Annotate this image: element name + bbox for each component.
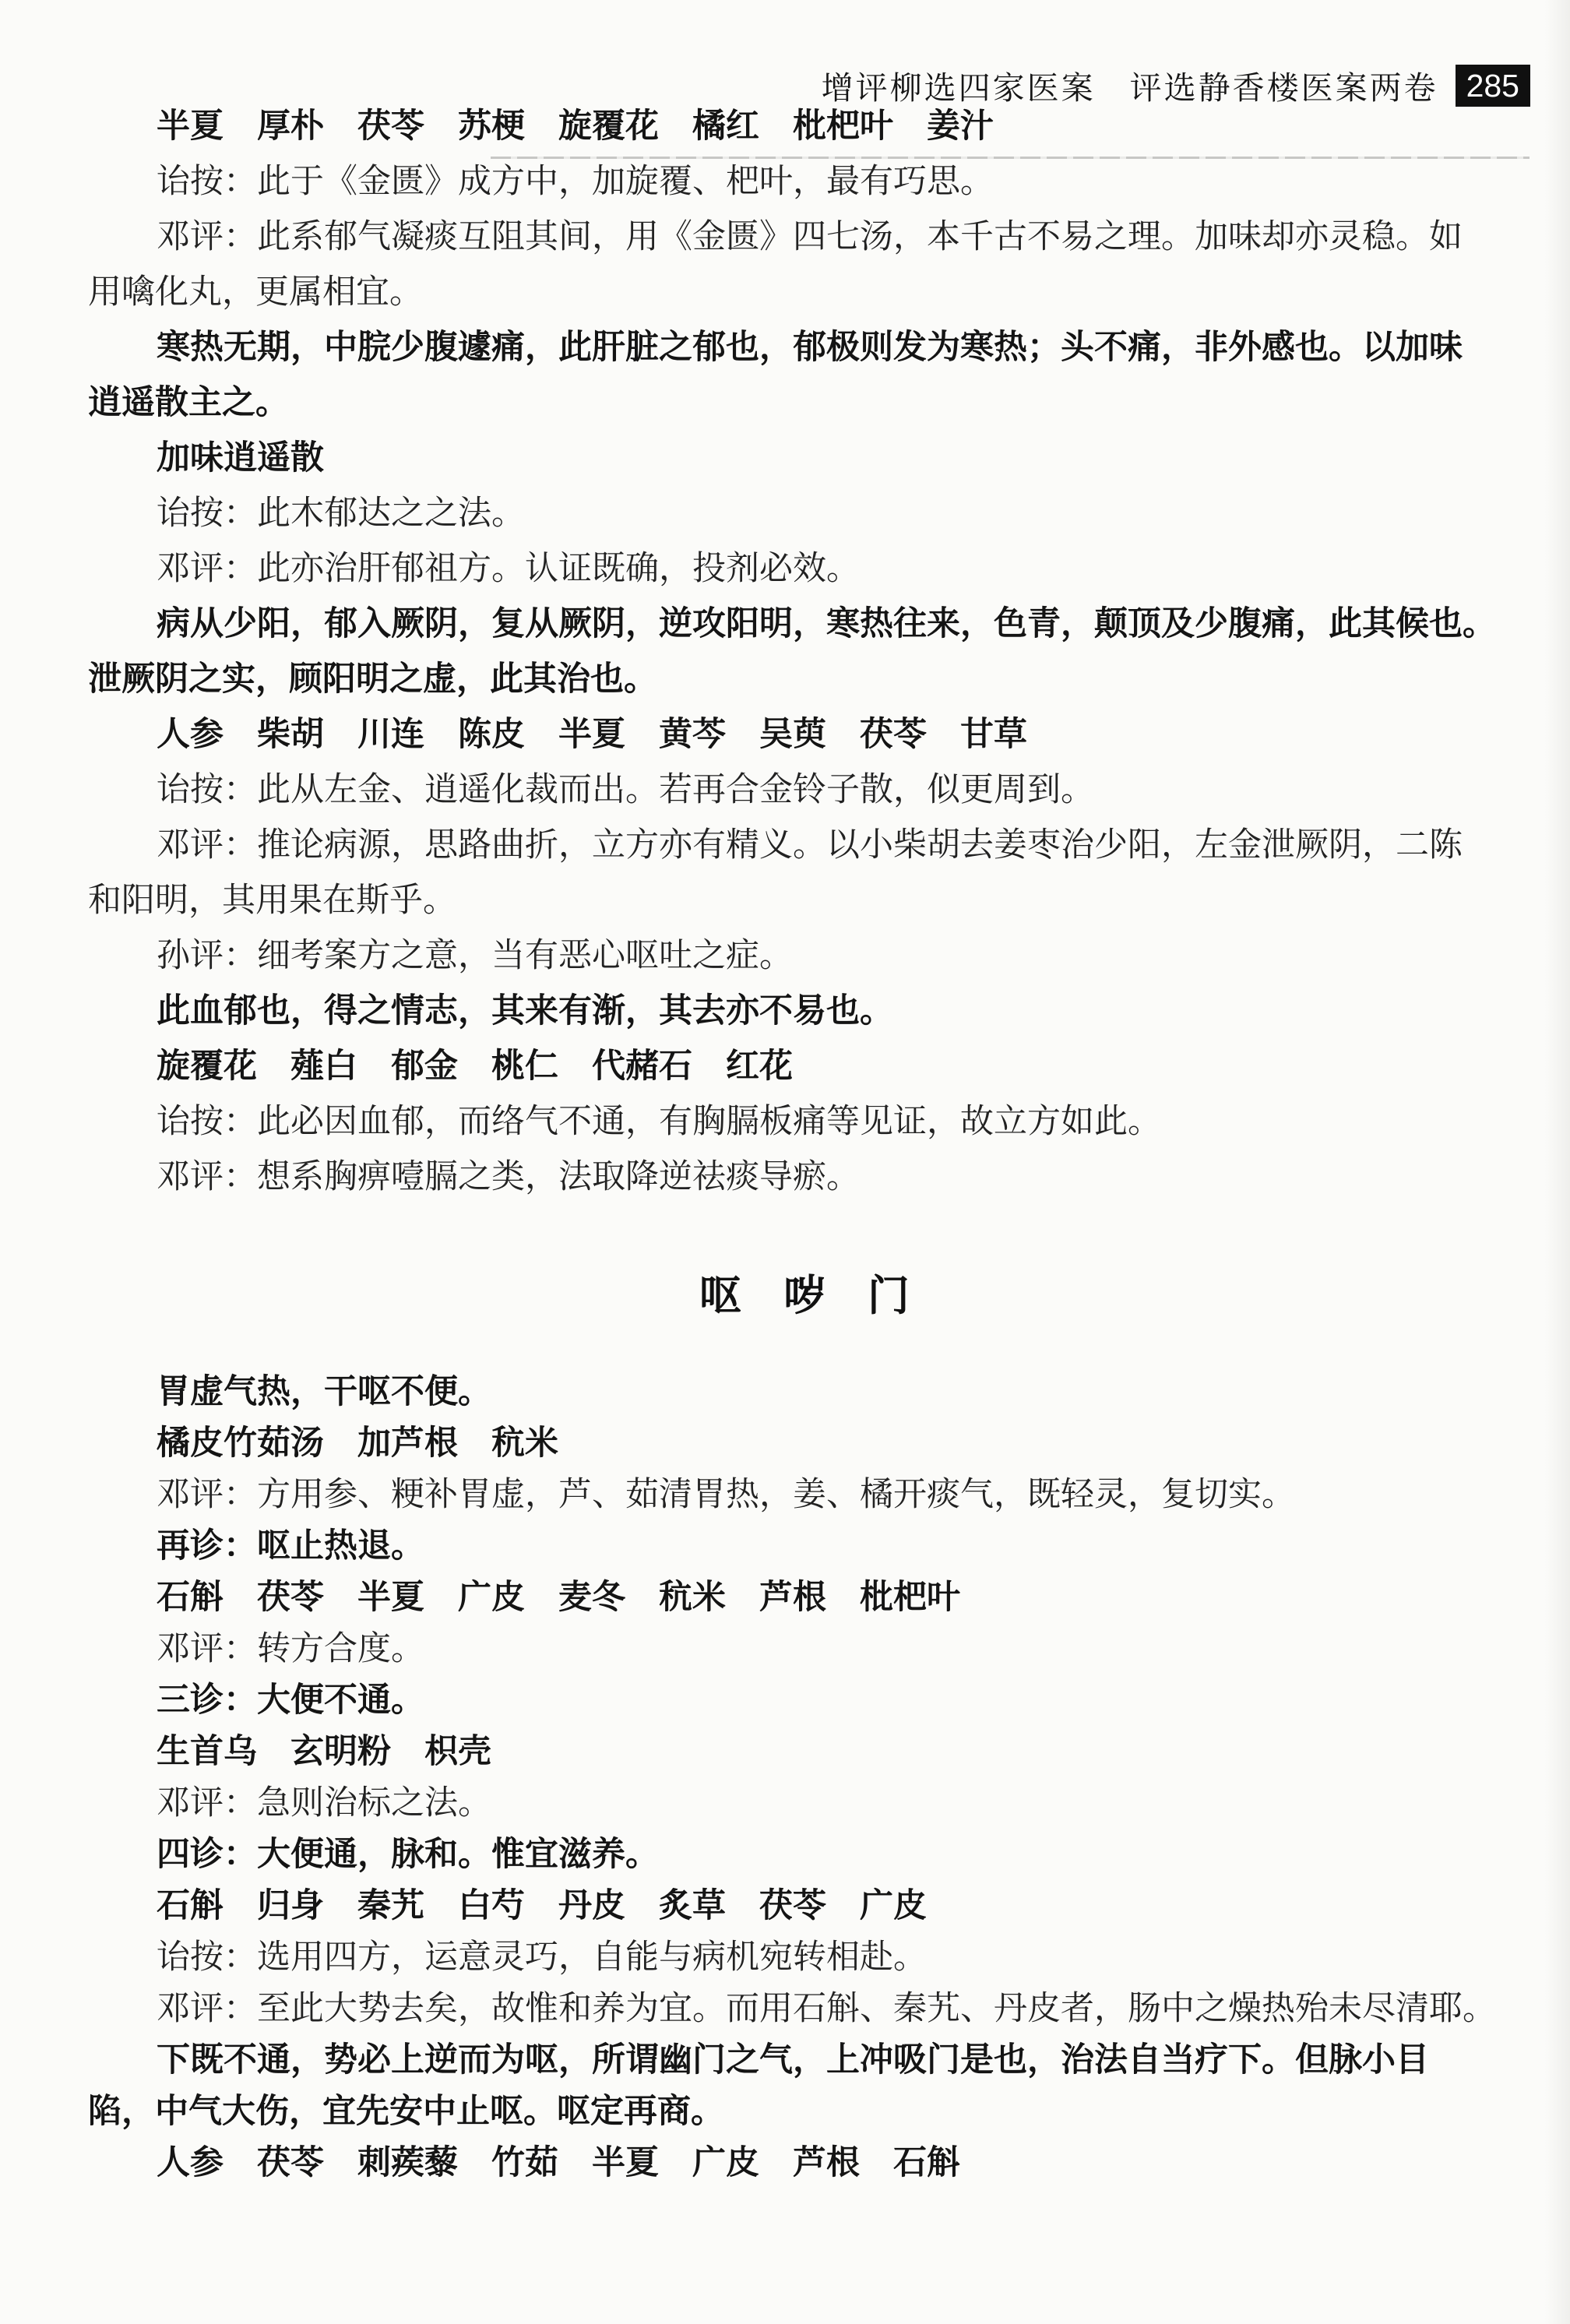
commentary-line: 邓评：转方合度。 <box>88 1624 1521 1675</box>
prescription-line: 人参 柴胡 川连 陈皮 半夏 黄芩 吴萸 茯苓 甘草 <box>88 707 1521 762</box>
case-line: 胃虚气热，干呕不便。 <box>88 1367 1521 1418</box>
case-line: 下既不通，势必上逆而为呕，所谓幽门之气，上冲吸门是也，治法自当疗下。但脉小目 <box>88 2035 1521 2086</box>
commentary-line: 邓评：急则治标之法。 <box>88 1778 1521 1829</box>
case-line: 逍遥散主之。 <box>88 375 1521 431</box>
case-line: 泄厥阴之实，顾阳明之虚，此其治也。 <box>88 652 1521 707</box>
commentary-line: 诒按：此木郁达之之法。 <box>88 486 1521 541</box>
section-yu-men-lines: 半夏 厚朴 茯苓 苏梗 旋覆花 橘红 枇杷叶 姜汁诒按：此于《金匮》成方中，加旋… <box>88 99 1521 1205</box>
page-content: 半夏 厚朴 茯苓 苏梗 旋覆花 橘红 枇杷叶 姜汁诒按：此于《金匮》成方中，加旋… <box>88 99 1521 2189</box>
case-line: 四诊：大便通，脉和。惟宜滋养。 <box>88 1829 1521 1881</box>
section-heading: 呕 哕 门 <box>88 1269 1521 1323</box>
commentary-line: 诒按：此于《金匮》成方中，加旋覆、杷叶，最有巧思。 <box>88 154 1521 210</box>
commentary-line: 邓评：方用参、粳补胃虚，芦、茹清胃热，姜、橘开痰气，既轻灵，复切实。 <box>88 1470 1521 1521</box>
case-line: 寒热无期，中脘少腹遽痛，此肝脏之郁也，郁极则发为寒热；头不痛，非外感也。以加味 <box>88 320 1521 375</box>
case-line: 病从少阳，郁入厥阴，复从厥阴，逆攻阳明，寒热往来，色青，颠顶及少腹痛，此其候也。 <box>88 597 1521 652</box>
commentary-line: 诒按：此从左金、逍遥化裁而出。若再合金铃子散，似更周到。 <box>88 762 1521 818</box>
commentary-line: 和阳明，其用果在斯乎。 <box>88 873 1521 928</box>
prescription-line: 旋覆花 薤白 郁金 桃仁 代赭石 红花 <box>88 1039 1521 1094</box>
prescription-line: 加味逍遥散 <box>88 431 1521 486</box>
case-line: 三诊：大便不通。 <box>88 1675 1521 1727</box>
case-line: 再诊：呕止热退。 <box>88 1521 1521 1572</box>
commentary-line: 邓评：推论病源，思路曲折，立方亦有精义。以小柴胡去姜枣治少阳，左金泄厥阴，二陈 <box>88 818 1521 873</box>
prescription-line: 石斛 茯苓 半夏 广皮 麦冬 秔米 芦根 枇杷叶 <box>88 1572 1521 1624</box>
commentary-line: 诒按：选用四方，运意灵巧，自能与病机宛转相赴。 <box>88 1932 1521 1984</box>
prescription-line: 生首乌 玄明粉 枳壳 <box>88 1727 1521 1778</box>
book-page: 增评柳选四家医案 评选静香楼医案两卷 285 半夏 厚朴 茯苓 苏梗 旋覆花 橘… <box>0 0 1570 2324</box>
commentary-line: 邓评：至此大势去矣，故惟和养为宜。而用石斛、秦艽、丹皮者，肠中之燥热殆未尽清耶。 <box>88 1984 1521 2035</box>
prescription-line: 人参 茯苓 刺蒺藜 竹茹 半夏 广皮 芦根 石斛 <box>88 2138 1521 2189</box>
prescription-line: 橘皮竹茹汤 加芦根 秔米 <box>88 1418 1521 1470</box>
commentary-line: 邓评：此亦治肝郁祖方。认证既确，投剂必效。 <box>88 541 1521 597</box>
commentary-line: 邓评：想系胸痹噎膈之类，法取降逆祛痰导瘀。 <box>88 1150 1521 1205</box>
prescription-line: 半夏 厚朴 茯苓 苏梗 旋覆花 橘红 枇杷叶 姜汁 <box>88 99 1521 154</box>
commentary-line: 邓评：此系郁气凝痰互阻其间，用《金匮》四七汤，本千古不易之理。加味却亦灵稳。如 <box>88 210 1521 265</box>
case-line: 此血郁也，得之情志，其来有渐，其去亦不易也。 <box>88 984 1521 1039</box>
case-line: 陷，中气大伤，宜先安中止呕。呕定再商。 <box>88 2086 1521 2138</box>
commentary-line: 孙评：细考案方之意，当有恶心呕吐之症。 <box>88 928 1521 984</box>
commentary-line: 诒按：此必因血郁，而络气不通，有胸膈板痛等见证，故立方如此。 <box>88 1094 1521 1150</box>
commentary-line: 用噙化丸，更属相宜。 <box>88 265 1521 320</box>
prescription-line: 石斛 归身 秦艽 白芍 丹皮 炙草 茯苓 广皮 <box>88 1881 1521 1932</box>
section-ou-yue-men-lines: 胃虚气热，干呕不便。橘皮竹茹汤 加芦根 秔米邓评：方用参、粳补胃虚，芦、茹清胃热… <box>88 1367 1521 2189</box>
